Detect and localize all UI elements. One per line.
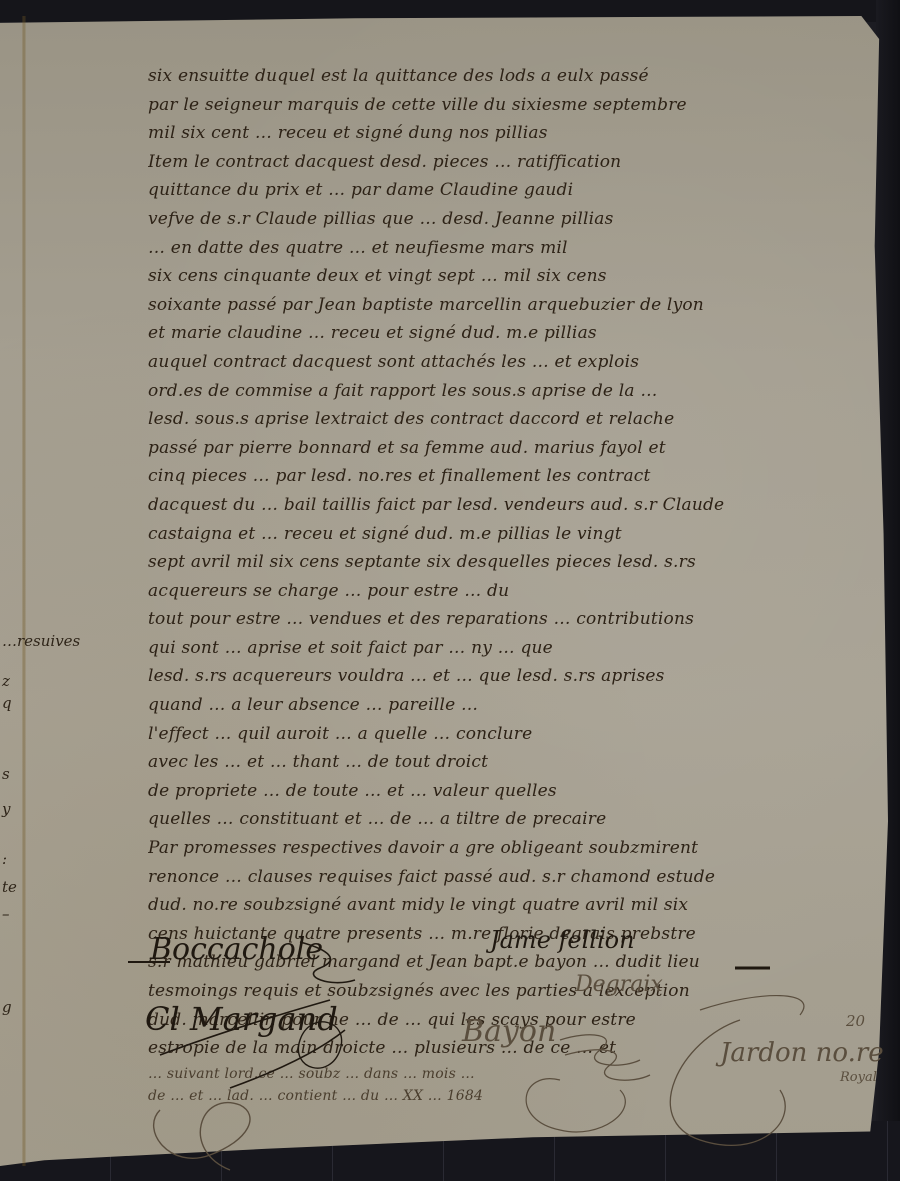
text-line: ord.es de commise a fait rapport les sou… [148,377,888,406]
text-line: qui sont … aprise et soit faict par … ny… [148,634,888,663]
text-line: par le seigneur marquis de cette ville d… [148,91,888,120]
signature-text: Bayon [462,1014,556,1049]
text-line: acquereurs se charge … pour estre … du [148,577,888,606]
signature: Jame fellion [490,926,635,954]
text-line: renonce … clauses requises faict passé a… [148,863,888,892]
signature: Bayon [462,1014,556,1049]
signature: Cl Margand [145,1000,338,1038]
margin-note: z [2,672,10,690]
signature: Jardon no.re [720,1038,884,1068]
signature-text: 20 [846,1012,865,1030]
text-line: Item le contract dacquest desd. pieces …… [148,148,888,177]
signature-text: Degraix [575,972,663,997]
signature-text: Cl Margand [145,1000,338,1038]
margin-note: te [2,878,17,896]
signature-text: Royal [840,1070,877,1085]
text-line: et marie claudine … receu et signé dud. … [148,319,888,348]
text-line: Par promesses respectives davoir a gre o… [148,834,888,863]
signature-annotation: Royal [840,1070,877,1085]
margin-note: s [2,765,10,783]
text-line: tout pour estre … vendues et des reparat… [148,605,888,634]
text-line: quelles … constituant et … de … a tiltre… [148,805,888,834]
text-line: lesd. s.rs acquereurs vouldra … et … que… [148,662,888,691]
text-line: auquel contract dacquest sont attachés l… [148,348,888,377]
text-line: castaigna et … receu et signé dud. m.e p… [148,520,888,549]
margin-note: : [2,850,7,868]
text-line: lesd. sous.s aprise lextraict des contra… [148,405,888,434]
text-line: six cens cinquante deux et vingt sept … … [148,262,888,291]
text-line: six ensuitte duquel est la quittance des… [148,62,888,91]
margin-note: …resuives [2,632,80,650]
text-line: … en datte des quatre … et neufiesme mar… [148,234,888,263]
text-line: dacquest du … bail taillis faict par les… [148,491,888,520]
text-line: soixante passé par Jean baptiste marcell… [148,291,888,320]
text-line: passé par pierre bonnard et sa femme aud… [148,434,888,463]
text-line: quittance du prix et … par dame Claudine… [148,176,888,205]
text-line: l'effect … quil auroit … a quelle … conc… [148,720,888,749]
text-line: de propriete … de toute … et … valeur qu… [148,777,888,806]
text-line: cinq pieces … par lesd. no.res et finall… [148,462,888,491]
signature: Degraix [575,972,663,997]
signature-annotation: 20 [846,1012,865,1030]
text-line: vefve de s.r Claude pillias que … desd. … [148,205,888,234]
margin-note: q [2,694,12,712]
signature-text: Jame fellion [490,926,635,954]
signature-block: Boccachole Jame fellion Degraix Cl Marga… [0,920,900,1180]
text-line: dud. no.re soubzsigné avant midy le ving… [148,891,888,920]
signature-text: Jardon no.re [720,1038,884,1068]
text-line: sept avril mil six cens septante six des… [148,548,888,577]
text-line: avec les … et … thant … de tout droict [148,748,888,777]
margin-note: y [2,800,10,818]
text-line: mil six cent … receu et signé dung nos p… [148,119,888,148]
text-line: quand … a leur absence … pareille … [148,691,888,720]
